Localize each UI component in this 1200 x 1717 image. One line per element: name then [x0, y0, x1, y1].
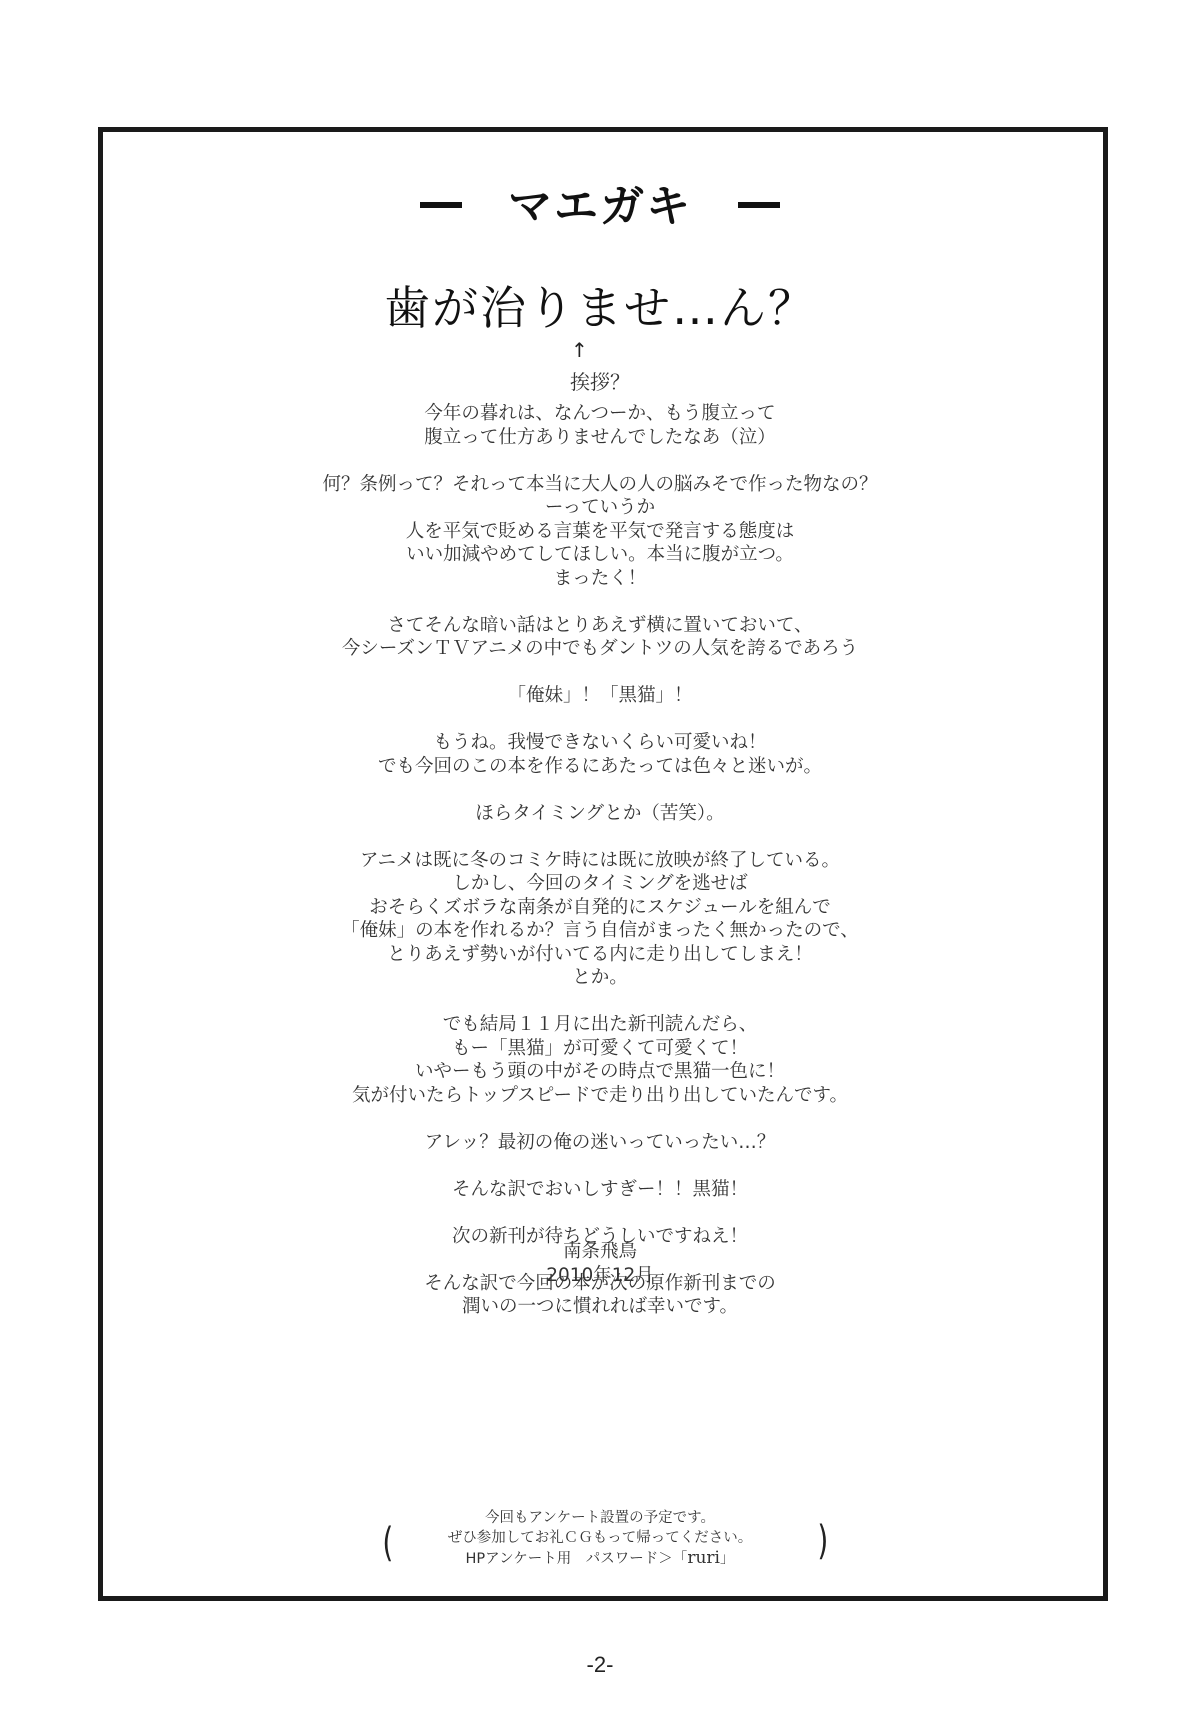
text-line: いやーもう頭の中がその時点で黒猫一色に！ — [0, 1060, 1200, 1084]
text-line: 何？条例って？それって本当に大人の人の脳みそで作った物なの？ — [0, 473, 1200, 497]
page-number: -2- — [0, 1652, 1200, 1678]
paragraph: もうね。我慢できないくらい可愛いね！ でも今回のこの本を作るにあたっては色々と迷… — [0, 731, 1200, 778]
notice-password-line: HPアンケート用 パスワード＞「ruri」 — [0, 1548, 1200, 1569]
page-heading: マエガキ — [0, 170, 1200, 234]
text-line: ほらタイミングとか（苦笑）。 — [0, 802, 1200, 826]
arrow-up-icon: ↑ — [571, 338, 588, 362]
text-line: しかし、今回のタイミングを逃せば — [0, 872, 1200, 896]
heading-title: マエガキ — [508, 181, 692, 232]
text-line: さてそんな暗い話はとりあえず横に置いておいて、 — [0, 614, 1200, 638]
author-name: 南条飛鳥 — [0, 1240, 1200, 1264]
paragraph: 「俺妹」！「黒猫」！ — [0, 684, 1200, 708]
notice-line-1: 今回もアンケート設置の予定です。 — [0, 1508, 1200, 1528]
paragraph: 何？条例って？それって本当に大人の人の脳みそで作った物なの？ ーっていうか 人を… — [0, 473, 1200, 591]
text-line: 潤いの一つに慣れれば幸いです。 — [0, 1295, 1200, 1319]
text-line: おそらくズボラな南条が自発的にスケジュールを組んで — [0, 896, 1200, 920]
password-close-bracket: 」 — [720, 1551, 735, 1567]
text-line: アレッ？最初の俺の迷いっていったい…？ — [0, 1131, 1200, 1155]
text-line: アニメは既に冬のコミケ時には既に放映が終了している。 — [0, 849, 1200, 873]
text-line: そんな訳でおいしすぎー！！黒猫！ — [0, 1178, 1200, 1202]
greeting-annotation: 挨拶？ — [0, 366, 1200, 395]
text-line: とか。 — [0, 966, 1200, 990]
text-line: でも今回のこの本を作るにあたっては色々と迷いが。 — [0, 755, 1200, 779]
signature-block: 南条飛鳥 2010年12月 — [0, 1240, 1200, 1287]
text-line: でも結局１１月に出た新刊読んだら、 — [0, 1013, 1200, 1037]
text-line: もうね。我慢できないくらい可愛いね！ — [0, 731, 1200, 755]
paragraph: ほらタイミングとか（苦笑）。 — [0, 802, 1200, 826]
body-text: 今年の暮れは、なんつーか、もう腹立って 腹立って仕方ありませんでしたなあ（泣） … — [0, 402, 1200, 1342]
text-line: 人を平気で貶める言葉を平気で発言する態度は — [0, 520, 1200, 544]
paragraph: さてそんな暗い話はとりあえず横に置いておいて、 今シーズンＴＶアニメの中でもダン… — [0, 614, 1200, 661]
text-line: まったく！ — [0, 567, 1200, 591]
text-line: もー「黒猫」が可愛くて可愛くて！ — [0, 1037, 1200, 1061]
paragraph: 今年の暮れは、なんつーか、もう腹立って 腹立って仕方ありませんでしたなあ（泣） — [0, 402, 1200, 449]
text-line: 「俺妹」の本を作れるか？言う自信がまったく無かったので、 — [0, 919, 1200, 943]
password-value: ruri — [687, 1548, 720, 1568]
text-line: ーっていうか — [0, 496, 1200, 520]
heading-dash-right — [738, 202, 780, 208]
paragraph: アニメは既に冬のコミケ時には既に放映が終了している。 しかし、今回のタイミングを… — [0, 849, 1200, 990]
text-line: いい加減やめてしてほしい。本当に腹が立つ。 — [0, 543, 1200, 567]
survey-notice: 今回もアンケート設置の予定です。 ぜひ参加してお礼ＣＧもって帰ってください。 H… — [0, 1508, 1200, 1569]
text-line: 「俺妹」！「黒猫」！ — [0, 684, 1200, 708]
signature-date: 2010年12月 — [0, 1264, 1200, 1288]
text-line: 今シーズンＴＶアニメの中でもダントツの人気を誇るであろう — [0, 637, 1200, 661]
text-line: 今年の暮れは、なんつーか、もう腹立って — [0, 402, 1200, 426]
password-label: HPアンケート用 パスワード＞「 — [466, 1551, 688, 1567]
text-line: とりあえず勢いが付いてる内に走り出してしまえ！ — [0, 943, 1200, 967]
paragraph: でも結局１１月に出た新刊読んだら、 もー「黒猫」が可愛くて可愛くて！ いやーもう… — [0, 1013, 1200, 1107]
paragraph: そんな訳でおいしすぎー！！黒猫！ — [0, 1178, 1200, 1202]
paragraph: アレッ？最初の俺の迷いっていったい…？ — [0, 1131, 1200, 1155]
text-line: 気が付いたらトップスピードで走り出り出していたんです。 — [0, 1084, 1200, 1108]
heading-dash-left — [420, 202, 462, 208]
text-line: 腹立って仕方ありませんでしたなあ（泣） — [0, 426, 1200, 450]
notice-line-2: ぜひ参加してお礼ＣＧもって帰ってください。 — [0, 1528, 1200, 1548]
subtitle: 歯が治りませ…ん？ — [0, 272, 1200, 338]
